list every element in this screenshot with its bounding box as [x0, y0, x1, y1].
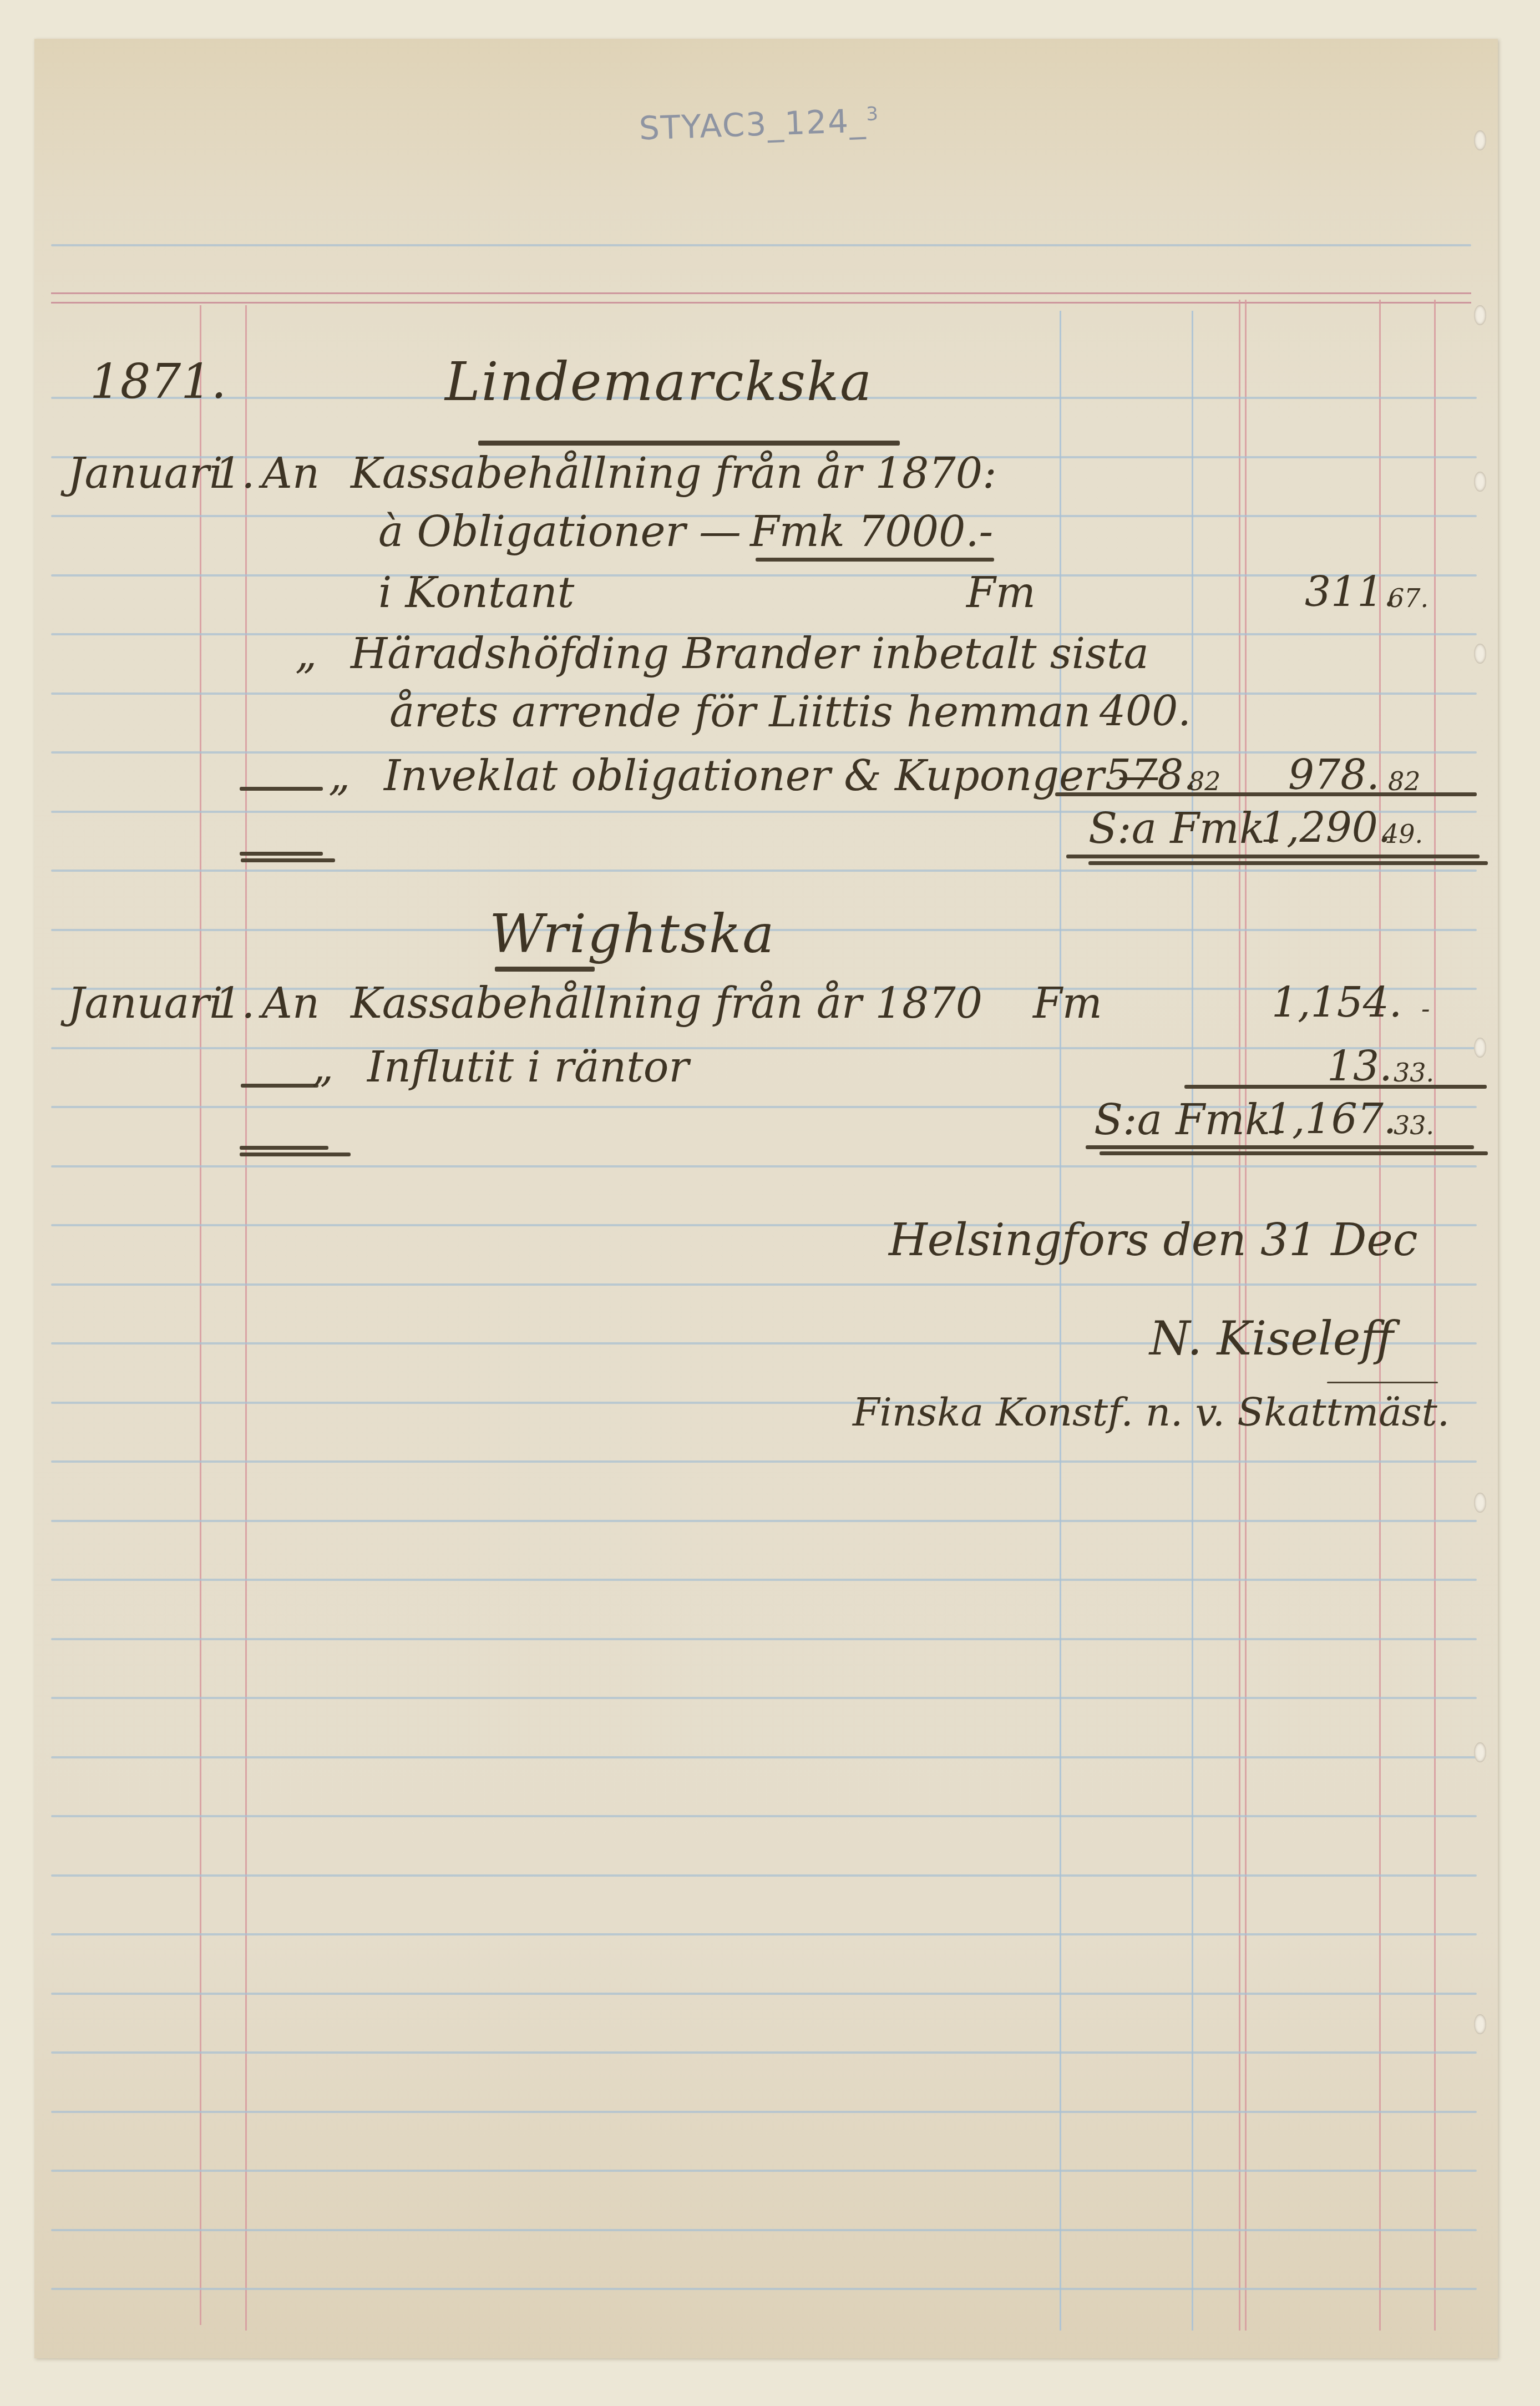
ruled-line	[51, 2170, 1477, 2172]
amount-underline	[756, 558, 994, 562]
ruled-line	[51, 2111, 1477, 2113]
amount-value: 311.	[1305, 572, 1396, 613]
ruled-line	[51, 2288, 1477, 2290]
binding-hole	[1474, 2014, 1486, 2034]
margin-rule-day	[245, 305, 247, 2331]
subtotal-rule	[1184, 1085, 1487, 1089]
ruled-line	[51, 1165, 1477, 1167]
total-label: S:a Fmk.	[1088, 807, 1278, 850]
ledger-page: STYAC3_124_3 1871. Lindemarckska Januari…	[34, 39, 1498, 2358]
entry-ditto: „	[295, 633, 317, 675]
entry-day: 1.	[215, 452, 255, 494]
ruled-line	[51, 1756, 1477, 1758]
ruled-line	[51, 1993, 1477, 1995]
subtotal-rule	[1055, 792, 1477, 796]
total-double-rule	[1100, 1151, 1488, 1155]
inline-amount: Fmk 7000.-	[750, 510, 993, 553]
binding-hole	[1474, 1742, 1486, 1762]
signature-flourish	[1327, 1382, 1438, 1383]
title-underline	[495, 967, 595, 972]
ledger-year: 1871.	[90, 358, 226, 406]
signatory-title: Finska Konstf. n. v. Skattmäst.	[853, 1393, 1450, 1432]
total-label: S:a Fmk.	[1094, 1099, 1284, 1141]
currency-label: Fm	[966, 572, 1036, 614]
entry-month: Januari	[68, 982, 223, 1024]
amount-cents: 67.	[1388, 585, 1428, 611]
amount-cents: 82	[1188, 769, 1221, 794]
margin-double-rule	[240, 1146, 328, 1150]
entry-text: à Obligationer —	[378, 510, 741, 553]
section-title-wrightska: Wrightska	[489, 907, 775, 961]
entry-month: Januari	[68, 452, 223, 494]
header-red-rule	[51, 292, 1471, 294]
header-blue-rule	[51, 244, 1471, 246]
ruled-line	[51, 2229, 1477, 2231]
ruled-line	[51, 1933, 1477, 1935]
entry-prefix: An	[262, 452, 320, 494]
margin-rule-date	[200, 305, 201, 2325]
margin-rule	[240, 787, 323, 791]
entry-text: Influtit i räntor	[367, 1046, 689, 1088]
entry-text: i Kontant	[378, 572, 574, 614]
entry-prefix: An	[262, 982, 320, 1024]
currency-label: Fm	[1033, 982, 1102, 1024]
amount-cents: 82	[1388, 769, 1421, 794]
binding-hole	[1474, 1493, 1486, 1513]
total-double-rule	[1066, 855, 1480, 858]
ruled-line	[51, 1874, 1477, 1877]
ruled-line	[51, 1520, 1477, 1522]
binding-hole	[1474, 472, 1486, 492]
entry-text: Kassabehållning från år 1870:	[351, 452, 997, 494]
margin-double-rule	[240, 852, 323, 856]
binding-hole	[1474, 644, 1486, 664]
entry-text: Inveklat obligationer & Kuponger —	[384, 755, 1160, 797]
ruled-line	[51, 1579, 1477, 1581]
total-cents: 49.	[1382, 821, 1423, 847]
ruled-line	[51, 1638, 1477, 1640]
binding-hole	[1474, 1038, 1486, 1058]
header-red-rule	[51, 302, 1471, 304]
ruled-line	[51, 870, 1477, 872]
column-rule-blue-1	[1060, 311, 1061, 2331]
amount-value: 578.	[1105, 755, 1197, 796]
signature: N. Kiseleff	[1149, 1315, 1394, 1362]
amount-cents: 33.	[1394, 1060, 1434, 1085]
total-double-rule	[1088, 861, 1488, 865]
archive-reference: STYAC3_124_3	[639, 101, 880, 147]
total-value: 1,290.	[1260, 807, 1391, 848]
entry-ditto: „	[312, 1046, 333, 1088]
ruled-line	[51, 1460, 1477, 1463]
margin-double-rule	[241, 858, 335, 862]
amount-value: 978.	[1288, 755, 1380, 796]
binding-hole	[1474, 130, 1486, 150]
margin-rule	[241, 1084, 318, 1088]
entry-text: Kassabehållning från år 1870	[351, 982, 982, 1024]
entry-text: Häradshöfding Brander inbetalt sista	[351, 633, 1149, 675]
place-date: Helsingfors den 31 Dec	[889, 1218, 1418, 1262]
title-underline	[478, 441, 900, 446]
ruled-line	[51, 1815, 1477, 1817]
amount-value: 400.	[1100, 691, 1191, 732]
margin-double-rule	[240, 1153, 351, 1156]
total-value: 1,167.	[1266, 1099, 1396, 1140]
ruled-line	[51, 2051, 1477, 2054]
column-rule-red-3	[1434, 300, 1436, 2331]
total-cents: 33.	[1394, 1113, 1434, 1138]
entry-day: 1.	[215, 982, 255, 1024]
amount-value: 13.	[1327, 1046, 1392, 1087]
ruled-line	[51, 1047, 1477, 1049]
ruled-line	[51, 1697, 1477, 1699]
section-title-lindemarckska: Lindemarckska	[445, 355, 873, 408]
total-double-rule	[1086, 1145, 1474, 1149]
amount-value: 1,154.	[1271, 982, 1402, 1023]
amount-cents: -	[1421, 996, 1430, 1022]
entry-ditto: „	[328, 755, 350, 797]
entry-text: årets arrende för Liittis hemman	[389, 691, 1091, 733]
ruled-line	[51, 574, 1477, 577]
binding-hole	[1474, 305, 1486, 325]
ruled-line	[51, 1283, 1477, 1286]
